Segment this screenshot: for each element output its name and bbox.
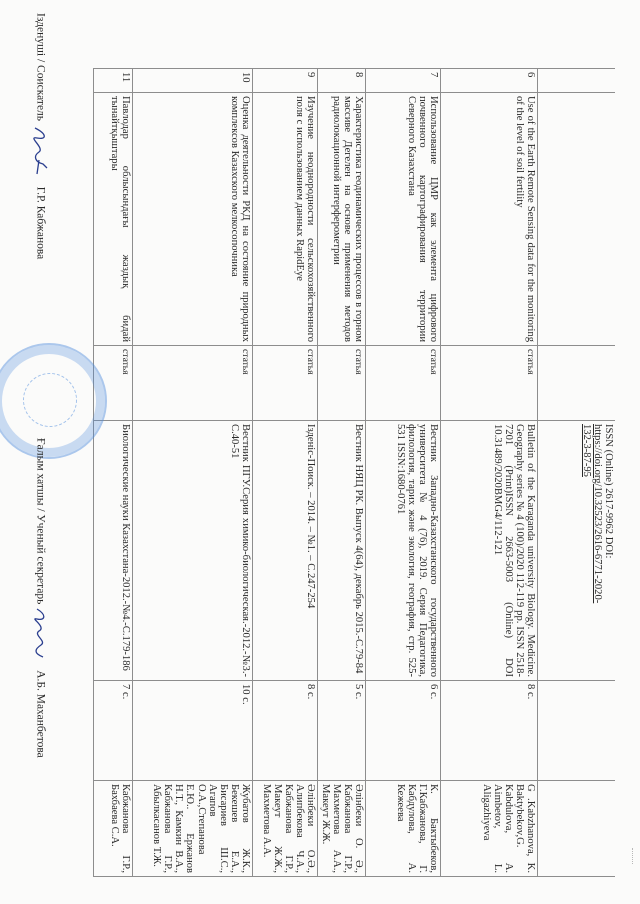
cell-source: ISSN (Online) 2617-9962 DOI: https://doi… bbox=[538, 421, 615, 681]
table-row: 8 Характеристика геодинамических процесс… bbox=[318, 69, 366, 877]
cell-authors bbox=[538, 781, 615, 877]
cell-pages bbox=[538, 681, 615, 781]
publication-type: статья bbox=[318, 346, 366, 421]
secretary-label: Ғалым хатшы / Ученый секретарь bbox=[34, 438, 46, 604]
publication-title: Использование ЦМР как элемента цифрового… bbox=[366, 93, 441, 346]
row-number: 8 bbox=[318, 69, 366, 93]
publication-source: Вестник ПГУ.Серия химико-биологическая.-… bbox=[133, 421, 253, 681]
publication-type: статья bbox=[366, 346, 441, 421]
applicant-name: Г.Р. Кабжанова bbox=[34, 187, 46, 259]
publication-source: Bulletin of the Karaganda university Bio… bbox=[441, 421, 538, 681]
co-authors: Жубатов Ж.К., Бекешев Е.А., Бисариев Ш.С… bbox=[133, 781, 253, 877]
signature-footer: Ізденуші / Соискатель Г.Р. Кабжанова Ғал… bbox=[27, 68, 57, 876]
co-authors: Әлінбеки О. Ә., Кабжанова Г.Р., Махметов… bbox=[318, 781, 366, 877]
cell-type bbox=[538, 346, 615, 421]
table-row: 7 Использование ЦМР как элемента цифрово… bbox=[366, 69, 441, 877]
co-authors: Кабжанова Г.Р., Бахбаева С.А. bbox=[94, 781, 133, 877]
row-number: 9 bbox=[253, 69, 318, 93]
page-count: 5 с. bbox=[318, 681, 366, 781]
row-number: 10 bbox=[133, 69, 253, 93]
publication-source: Биологические науки Казахстана-2012.-№4.… bbox=[94, 421, 133, 681]
secretary-signature-icon bbox=[31, 607, 49, 667]
publication-type: статья bbox=[133, 346, 253, 421]
co-authors: К. Бактыбеков, Г.Кабжанова, Г. Кабдулова… bbox=[366, 781, 441, 877]
page-count: 8 с. bbox=[253, 681, 318, 781]
table-row: 9 Изучение неоднородности сельскохозяйст… bbox=[253, 69, 318, 877]
row-number: 11 bbox=[94, 69, 133, 93]
row-number: 6 bbox=[441, 69, 538, 93]
co-authors: Әлінбеки О.Ә., Алипбекова Ч.А., Кабжанов… bbox=[253, 781, 318, 877]
table-row: 10 Оценка деятельности РКД на состояние … bbox=[133, 69, 253, 877]
table-row-previous-continued: ISSN (Online) 2617-9962 DOI: https://doi… bbox=[538, 69, 615, 877]
doi-link[interactable]: https://doi.org/10.32523/2616-6771-2020- bbox=[592, 424, 603, 677]
publication-source: Вестник НЯЦ РК. Выпуск 4(64), декабрь 20… bbox=[318, 421, 366, 681]
page-count: 10 с. bbox=[133, 681, 253, 781]
page-count: 7 с. bbox=[94, 681, 133, 781]
publication-source: Вестник Западно-Казахстанского государст… bbox=[366, 421, 441, 681]
doi-link-continued[interactable]: 132-3-87-95 bbox=[580, 424, 591, 677]
publication-type: статья bbox=[253, 346, 318, 421]
cell-num bbox=[538, 69, 615, 93]
co-authors: G .Kabzhanova, K. Baktybekov,G. Kabdulov… bbox=[441, 781, 538, 877]
table-row: 6 Use of the Earth Remote Sensing data f… bbox=[441, 69, 538, 877]
rotated-document-page: ISSN (Online) 2617-9962 DOI: https://doi… bbox=[15, 68, 615, 876]
publication-title: Оценка деятельности РКД на состояние при… bbox=[133, 93, 253, 346]
cell-title bbox=[538, 93, 615, 346]
publication-title: Павлодар облысындағы жаздық бидай тынайт… bbox=[94, 93, 133, 346]
publication-title: Изучение неоднородности сельскохозяйстве… bbox=[253, 93, 318, 346]
secretary-signature-line: Ғалым хатшы / Ученый секретарь А.Б. Маха… bbox=[31, 438, 49, 758]
publication-title: Характеристика геодинамических процессов… bbox=[318, 93, 366, 346]
publication-type: статья bbox=[441, 346, 538, 421]
page-count: 8 с. bbox=[441, 681, 538, 781]
secretary-name: А.Б. Маханбетова bbox=[34, 670, 46, 758]
applicant-signature-icon bbox=[31, 124, 49, 184]
table-row: 11 Павлодар облысындағы жаздық бидай тын… bbox=[94, 69, 133, 877]
source-issn-line: ISSN (Online) 2617-9962 DOI: bbox=[603, 424, 614, 677]
publication-title: Use of the Earth Remote Sensing data for… bbox=[441, 93, 538, 346]
applicant-label: Ізденуші / Соискатель bbox=[34, 13, 46, 121]
publications-table: ISSN (Online) 2617-9962 DOI: https://doi… bbox=[94, 68, 616, 877]
applicant-signature-line: Ізденуші / Соискатель Г.Р. Кабжанова bbox=[31, 13, 49, 259]
scan-edge-marks bbox=[632, 848, 636, 864]
publication-source: Ізденіс-Поиск. – 2014. – №1. – С.247-254 bbox=[253, 421, 318, 681]
row-number: 7 bbox=[366, 69, 441, 93]
page-count: 6 с. bbox=[366, 681, 441, 781]
